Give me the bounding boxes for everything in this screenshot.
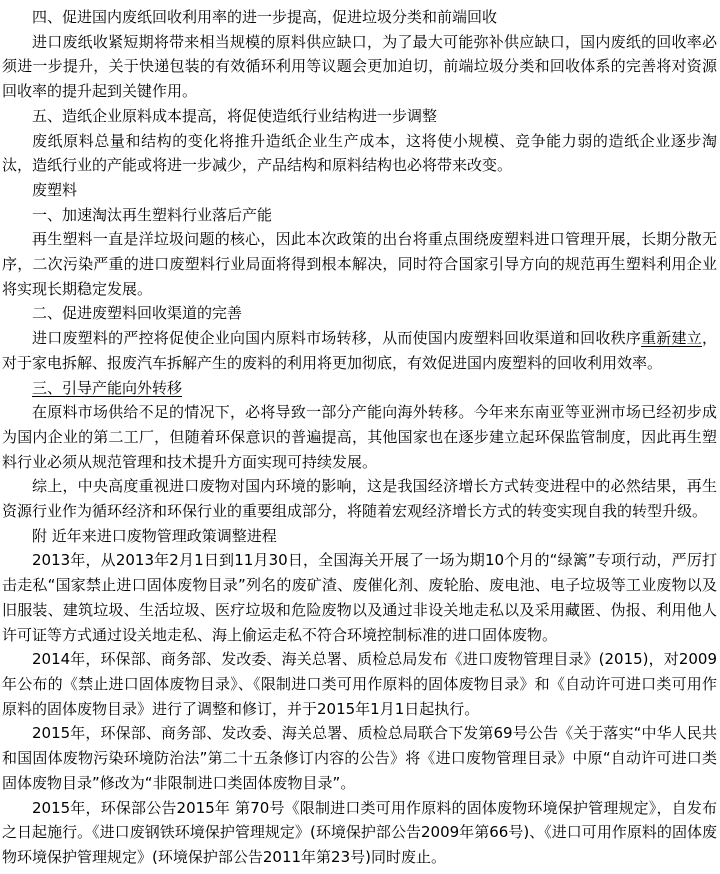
underlined-text: 三、引导产能向外转移 [32,379,182,397]
text-run: 二、促进废塑料回收渠道的完善 [32,304,242,322]
text-run: 2014年，环保部、商务部、发改委、海关总署、质检总局发布《进口废物管理目录》(… [2,650,717,717]
document-page: 四、促进国内废纸回收利用率的进一步提高，促进垃圾分类和前端回收进口废纸收紧短期将… [0,0,720,874]
text-run: 2015年，环保部、商务部、发改委、海关总署、质检总局联合下发第69号公告《关于… [2,724,717,791]
section-heading: 三、引导产能向外转移 [2,376,717,401]
paragraph: 再生塑料一直是洋垃圾问题的核心，因此本次政策的出台将重点围绕废塑料进口管理开展，… [2,227,717,301]
paragraph: 进口废纸收紧短期将带来相当规模的原料供应缺口，为了最大可能弥补供应缺口，国内废纸… [2,30,717,104]
text-run: 五、造纸企业原料成本提高，将促使造纸行业结构进一步调整 [32,107,437,125]
paragraph: 2015年，环保部、商务部、发改委、海关总署、质检总局联合下发第69号公告《关于… [2,721,717,795]
paragraph: 综上，中央高度重视进口废物对国内环境的影响，这是我国经济增长方式转变进程中的必然… [2,474,717,523]
paragraph: 在原料市场供给不足的情况下，必将导致一部分产能向海外转移。今年来东南亚等亚洲市场… [2,400,717,474]
text-run: 附 近年来进口废物管理政策调整进程 [32,527,277,545]
text-run: 进口废塑料的严控将促使企业向国内原料市场转移，从而使国内废塑料回收渠道和回收秩序 [32,329,641,347]
section-heading: 二、促进废塑料回收渠道的完善 [2,301,717,326]
paragraph: 进口废塑料的严控将促使企业向国内原料市场转移，从而使国内废塑料回收渠道和回收秩序… [2,326,717,375]
text-run: 废塑料 [32,181,77,199]
paragraph: 2013年，从2013年2月1日到11月30日，全国海关开展了一场为期10个月的… [2,548,717,647]
text-run: 综上，中央高度重视进口废物对国内环境的影响，这是我国经济增长方式转变进程中的必然… [2,477,717,520]
section-heading: 附 近年来进口废物管理政策调整进程 [2,524,717,549]
text-run: 一、加速淘汰再生塑料行业落后产能 [32,206,272,224]
paragraph: 2015年，环保部公告2015年 第70号《限制进口类可用作原料的固体废物环境保… [2,796,717,870]
text-run: 废纸原料总量和结构的变化将推升造纸企业生产成本，这将使小规模、竞争能力弱的造纸企… [2,132,717,175]
document-body: 四、促进国内废纸回收利用率的进一步提高，促进垃圾分类和前端回收进口废纸收紧短期将… [0,0,720,870]
underlined-text: 重新建立 [641,329,702,347]
section-heading: 四、促进国内废纸回收利用率的进一步提高，促进垃圾分类和前端回收 [2,5,717,30]
text-run: 四、促进国内废纸回收利用率的进一步提高，促进垃圾分类和前端回收 [32,8,497,26]
text-run: 进口废纸收紧短期将带来相当规模的原料供应缺口，为了最大可能弥补供应缺口，国内废纸… [2,33,717,100]
section-heading: 废塑料 [2,178,717,203]
section-heading: 一、加速淘汰再生塑料行业落后产能 [2,203,717,228]
text-run: 2013年，从2013年2月1日到11月30日，全国海关开展了一场为期10个月的… [2,551,717,643]
paragraph: 废纸原料总量和结构的变化将推升造纸企业生产成本，这将使小规模、竞争能力弱的造纸企… [2,129,717,178]
text-run: 在原料市场供给不足的情况下，必将导致一部分产能向海外转移。今年来东南亚等亚洲市场… [2,403,717,470]
text-run: 2015年，环保部公告2015年 第70号《限制进口类可用作原料的固体废物环境保… [2,799,717,866]
text-run: 再生塑料一直是洋垃圾问题的核心，因此本次政策的出台将重点围绕废塑料进口管理开展，… [2,230,717,297]
section-heading: 五、造纸企业原料成本提高，将促使造纸行业结构进一步调整 [2,104,717,129]
paragraph: 2014年，环保部、商务部、发改委、海关总署、质检总局发布《进口废物管理目录》(… [2,647,717,721]
